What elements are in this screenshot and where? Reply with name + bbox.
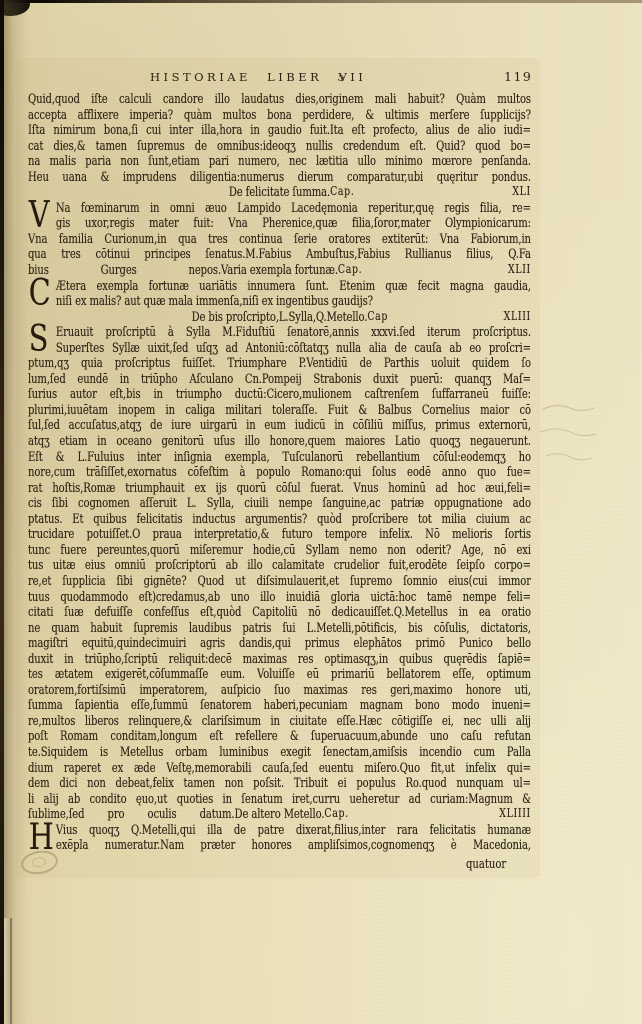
- text-line: ſul,ſed accuſatus,atqʒ de iure uirgarū i…: [28, 417, 531, 433]
- marginalia-pen-marks: [536, 398, 606, 488]
- text-line: re,multos liberos relinquere,& clariſsim…: [28, 713, 531, 729]
- drop-cap: H: [29, 823, 54, 853]
- drop-cap: S: [29, 325, 49, 355]
- chapter-heading-line: ſublime,ſed pro oculis datum.De altero M…: [28, 806, 531, 822]
- text-line-content: duxit in triūpho,ſcriptū reliquit:decē m…: [28, 651, 531, 666]
- text-line: te.Siquidem is Metellus orbam luminibus …: [28, 744, 531, 760]
- text-line-content: cat dies,& tamen ſupremus de omnibus:ide…: [28, 138, 531, 153]
- text-line-content: tuus quodammodo eſt)credamus,ab uno illo…: [28, 589, 531, 604]
- text-line: trucidare potuiſſet.O praua interpretati…: [28, 526, 531, 542]
- text-line-content: dium raperet ex æde Veſtę,memorabili cau…: [28, 760, 531, 775]
- text-line-content: tes ætatem exigerēt,cōſummaſſe eum. Volu…: [28, 666, 531, 681]
- page-number: 119: [504, 69, 532, 84]
- text-line: oratorem,fortiſsimū imperatorem, auſpici…: [28, 682, 531, 698]
- chapter-number: Cap. XLIIII: [324, 806, 531, 822]
- text-line-content: ſul,ſed accuſatus,atqʒ de iure uirgarū i…: [28, 417, 531, 432]
- text-line-content: Eſt & L.Fuluius inter inſignia exempla, …: [28, 449, 531, 464]
- text-line: Superſtes Syllæ uixit,ſed uſqʒ ad Antoni…: [28, 340, 531, 356]
- text-line-content: na malis paria non ſunt,etiam pari numer…: [28, 153, 531, 168]
- running-header-title: HISTORIAE LIBER VII: [150, 70, 366, 84]
- text-line-content: li alij ab condito ęuo,ut quoties in ſen…: [28, 791, 531, 806]
- page-fore-edge: [4, 918, 12, 1024]
- text-line-content: accepta afflixere imperia? quàm multos b…: [28, 107, 531, 122]
- text-line: 20ſurius autor eſt,bis in triumpho ductū…: [28, 386, 531, 402]
- text-line: cat dies,& tamen ſupremus de omnibus:ide…: [28, 138, 531, 154]
- text-line-content: re,multos liberos relinquere,& clariſsim…: [28, 713, 531, 728]
- heading-left-text: ſublime,ſed pro oculis datum.: [28, 806, 235, 822]
- chapter-heading-line: De felicitate ſumma.Cap. XLI: [28, 184, 531, 200]
- text-line-content: Eruauit proſcriptū à Sylla M.Fiduſtiū ſe…: [56, 324, 531, 339]
- text-line: niſi ex malis? aut quæ mala immenſa,niſi…: [28, 293, 531, 309]
- text-line-content: Ætera exempla fortunæ uariātis innumera …: [56, 278, 531, 293]
- text-line-content: tus uitæ eius omniū proſcriptorū ab illo…: [28, 557, 531, 572]
- text-line: plurimi,iuuētam inopem in caliga militar…: [28, 402, 531, 418]
- heading-left-text: [28, 184, 229, 200]
- text-line: qua tres cōtinui principes ſenatus.M.Fab…: [28, 246, 531, 262]
- text-line: li alij ab condito ęuo,ut quoties in ſen…: [28, 791, 531, 807]
- text-line-content: Vna familia Curionum,in qua tres continu…: [28, 231, 531, 246]
- text-line: Eſt & L.Fuluius inter inſignia exempla, …: [28, 449, 531, 465]
- text-line: cis ſibi cognomen aſſeruit L. Sylla, ciu…: [28, 495, 531, 511]
- text-line: tuus quodammodo eſt)credamus,ab uno illo…: [28, 589, 531, 605]
- chapter-number: Cap. XLI: [330, 184, 531, 200]
- text-line: duxit in triūpho,ſcriptū reliquit:decē m…: [28, 651, 531, 667]
- text-line: gis uxor,regis mater fuit: Vna Pherenice…: [28, 215, 531, 231]
- text-line: SEruauit proſcriptū à Sylla M.Fiduſtiū ſ…: [28, 324, 531, 340]
- text-line: 10Vna familia Curionum,in qua tres conti…: [28, 231, 531, 247]
- text-line: atqʒ etiam in oceano genitorū uſus illo …: [28, 433, 531, 449]
- text-line-content: lum,ſed eundē in triūpho Aſculano Cn.Pom…: [28, 371, 531, 386]
- text-lines: Quid,quod iſte calculi candore illo laud…: [28, 91, 531, 853]
- chapter-title: De felicitate ſumma.: [229, 184, 330, 200]
- text-line-content: oratorem,fortiſsimū imperatorem, auſpici…: [28, 682, 531, 697]
- text-line-content: Heu uana & imprudens diligentia:numerus …: [28, 169, 531, 184]
- text-line-content: ſurius autor eſt,bis in triumpho ductū:C…: [28, 386, 531, 401]
- text-line-content: nore,cum trāſiſſet,exornatus cōfeſtim à …: [28, 464, 531, 479]
- text-line: 40ſumma ſapientia eſſe,ſummū ſenatorem h…: [28, 697, 531, 713]
- text-line-content: tunc fuere pereuntes,quorū miſeremur hod…: [28, 542, 531, 557]
- text-line-content: ptatus. Et quibus felicitatis inductus a…: [28, 511, 531, 526]
- text-line-content: Vius quoqʒ Q.Metelli,qui illa de patre d…: [56, 822, 531, 837]
- chapter-title: De altero Metello.: [235, 806, 325, 822]
- chapter-heading-line: De bis proſcripto,L.Sylla,Q.Metello.Cap …: [28, 309, 531, 325]
- text-line: poſt Romam conditam,longum eſt refellere…: [28, 728, 531, 744]
- text-line-content: gis uxor,regis mater fuit: Vna Pherenice…: [56, 215, 531, 230]
- text-line-content: trucidare potuiſſet.O praua interpretati…: [28, 526, 531, 541]
- text-line-content: citati ſuæ defuiſſe confeſſus eſt,quòd C…: [28, 604, 531, 619]
- drop-cap: V: [29, 201, 50, 231]
- text-line-content: te.Siquidem is Metellus orbam luminibus …: [28, 744, 531, 759]
- drop-cap: C: [29, 279, 51, 309]
- text-line: magiſtri equitū,quindecimuiri agris dand…: [28, 635, 531, 651]
- text-line: accepta afflixere imperia? quàm multos b…: [28, 107, 531, 123]
- text-line-content: qua tres cōtinui principes ſenatus.M.Fab…: [28, 246, 531, 261]
- text-line-content: ptum,qʒ quia proſcriptus fuiſſet. Triump…: [28, 355, 531, 370]
- text-line-content: Quid,quod iſte calculi candore illo laud…: [28, 91, 531, 106]
- text-line: CÆtera exempla fortunæ uariātis innumera…: [28, 278, 531, 294]
- text-line-content: cis ſibi cognomen aſſeruit L. Sylla, ciu…: [28, 495, 531, 510]
- chapter-number: Cap XLIII: [367, 309, 531, 325]
- text-line: ptatus. Et quibus felicitatis inductus a…: [28, 511, 531, 527]
- text-line: re,et ſupplicia ſibi gignēte? Quod ut di…: [28, 573, 531, 589]
- text-line: Quid,quod iſte calculi candore illo laud…: [28, 91, 531, 107]
- text-line: 30tunc fuere pereuntes,quorū miſeremur h…: [28, 542, 531, 558]
- chapter-title: Varia exempla fortunæ.: [221, 262, 338, 278]
- text-line: HVius quoqʒ Q.Metelli,qui illa de patre …: [28, 822, 531, 838]
- text-line-content: Na fœminarum in omni æuo Lampido Lacedęm…: [56, 200, 531, 215]
- text-line: rat hoſtis,Romæ triumphauit ex ijs quorū…: [28, 480, 531, 496]
- text-line-content: niſi ex malis? aut quæ mala immenſa,niſi…: [56, 293, 373, 308]
- text-line-content: poſt Romam conditam,longum eſt refellere…: [28, 728, 531, 743]
- text-line: Iſta nimirum bona,ſi cui inter illa,hora…: [28, 122, 531, 138]
- chapter-heading-line: bius Gurges nepos.Varia exempla fortunæ.…: [28, 262, 531, 278]
- text-line-content: re,et ſupplicia ſibi gignēte? Quod ut di…: [28, 573, 531, 588]
- heading-left-text: bius Gurges nepos.: [28, 262, 221, 278]
- text-line: dium raperet ex æde Veſtę,memorabili cau…: [28, 760, 531, 776]
- text-line-content: magiſtri equitū,quindecimuiri agris dand…: [28, 635, 531, 650]
- text-block: Quid,quod iſte calculi candore illo laud…: [28, 91, 531, 871]
- text-line: na malis paria non ſunt,etiam pari numer…: [28, 153, 531, 169]
- text-line: nore,cum trāſiſſet,exornatus cōfeſtim à …: [28, 464, 531, 480]
- text-line-content: Superſtes Syllæ uixit,ſed uſqʒ ad Antoni…: [56, 340, 531, 355]
- text-line: tus uitæ eius omniū proſcriptorū ab illo…: [28, 557, 531, 573]
- catchword: quatuor: [28, 856, 531, 872]
- page-top-edge: [0, 0, 642, 3]
- text-line: lum,ſed eundē in triūpho Aſculano Cn.Pom…: [28, 371, 531, 387]
- text-line: Heu uana & imprudens diligentia:numerus …: [28, 169, 531, 185]
- text-line-content: atqʒ etiam in oceano genitorū uſus illo …: [28, 433, 531, 448]
- text-line: ptum,qʒ quia proſcriptus fuiſſet. Triump…: [28, 355, 531, 371]
- chapter-title: De bis proſcripto,L.Sylla,Q.Metello.: [192, 309, 368, 325]
- text-line-content: rat hoſtis,Romæ triumphauit ex ijs quorū…: [28, 480, 531, 495]
- text-line: dem dici non debeat,felix tamen non poſs…: [28, 775, 531, 791]
- text-line-content: dem dici non debeat,felix tamen non poſs…: [28, 775, 531, 790]
- heading-left-text: [28, 309, 192, 325]
- text-line-content: ſumma ſapientia eſſe,ſummū ſenatorem hab…: [28, 697, 531, 712]
- text-line-content: plurimi,iuuētam inopem in caliga militar…: [28, 402, 531, 417]
- text-line: citati ſuæ defuiſſe confeſſus eſt,quòd C…: [28, 604, 531, 620]
- text-line: tes ætatem exigerēt,cōſummaſſe eum. Volu…: [28, 666, 531, 682]
- text-line: VNa fœminarum in omni æuo Lampido Lacedę…: [28, 200, 531, 216]
- chapter-number: Cap. XLII: [338, 262, 531, 278]
- text-line-content: exēpla numeratur.Nam præter honores ampl…: [56, 837, 531, 852]
- text-line: exēpla numeratur.Nam præter honores ampl…: [28, 837, 531, 853]
- book-page: HISTORIAE LIBER VII ɔ 119 Quid,quod iſte…: [0, 0, 642, 1024]
- text-line-content: Iſta nimirum bona,ſi cui inter illa,hora…: [28, 122, 531, 137]
- text-line: ne quam habuit ſupremis laudibus patris …: [28, 620, 531, 636]
- text-line-content: ne quam habuit ſupremis laudibus patris …: [28, 620, 531, 635]
